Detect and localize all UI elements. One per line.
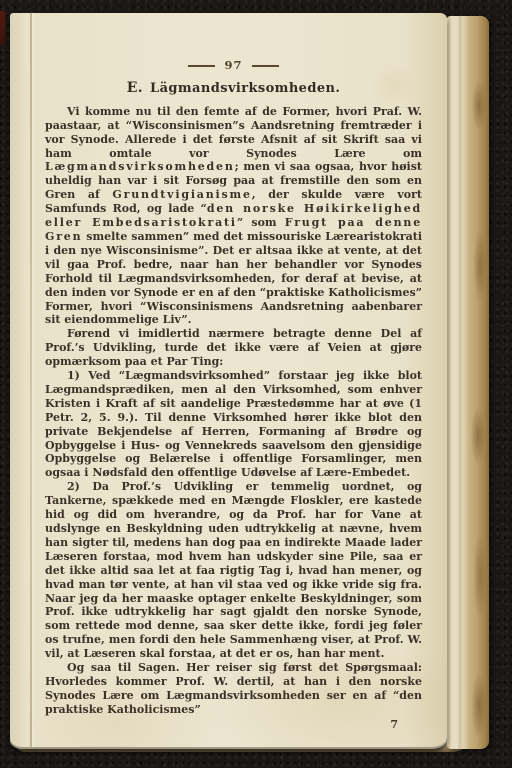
text-segment: 2) Da Prof.’s Udvikling er temmelig uord…	[45, 480, 422, 660]
book-photo-background: 97 E.Lägmandsvirksomheden. Vi komme nu t…	[0, 0, 512, 768]
body-text: Vi komme nu til den femte af de Former, …	[45, 105, 422, 717]
page-header: 97	[45, 59, 422, 73]
emphasized-text: Lægmandsvirksomheden	[45, 160, 235, 173]
gutter-crease	[30, 13, 32, 747]
section-heading: E.Lägmandsvirksomheden.	[45, 82, 422, 96]
text-segment: smelte sammen” med det missouriske Lærea…	[45, 230, 422, 326]
text-segment: Og saa til Sagen. Her reiser sig først d…	[45, 661, 422, 716]
paragraph: Vi komme nu til den femte af de Former, …	[45, 105, 422, 328]
page-number: 97	[224, 59, 242, 73]
signature-mark: 7	[45, 718, 422, 732]
header-rule-right	[252, 65, 279, 67]
paragraph: 2) Da Prof.’s Udvikling er temmelig uord…	[45, 480, 422, 661]
text-segment: Førend vi imidlertid nærmere betragte de…	[45, 327, 422, 368]
emphasized-text: Grundtvigianisme	[112, 188, 251, 201]
section-title: Lägmandsvirksomheden.	[150, 81, 340, 96]
page-text-block: 97 E.Lägmandsvirksomheden. Vi komme nu t…	[45, 59, 422, 732]
spine-sliver	[0, 11, 5, 45]
text-segment: ” som	[237, 216, 285, 229]
paragraph: 1) Ved “Lægmandsvirksomhed” forstaar jeg…	[45, 369, 422, 480]
text-segment: 1) Ved “Lægmandsvirksomhed” forstaar jeg…	[45, 369, 422, 479]
paragraph: Og saa til Sagen. Her reiser sig først d…	[45, 661, 422, 717]
text-segment: Vi komme nu til den femte af de Former, …	[45, 105, 422, 160]
fore-edge-pages	[447, 16, 489, 749]
paragraph: Førend vi imidlertid nærmere betragte de…	[45, 327, 422, 369]
book-page: 97 E.Lägmandsvirksomheden. Vi komme nu t…	[10, 13, 447, 747]
section-index-letter: E.	[127, 80, 143, 96]
header-rule-left	[188, 65, 215, 67]
